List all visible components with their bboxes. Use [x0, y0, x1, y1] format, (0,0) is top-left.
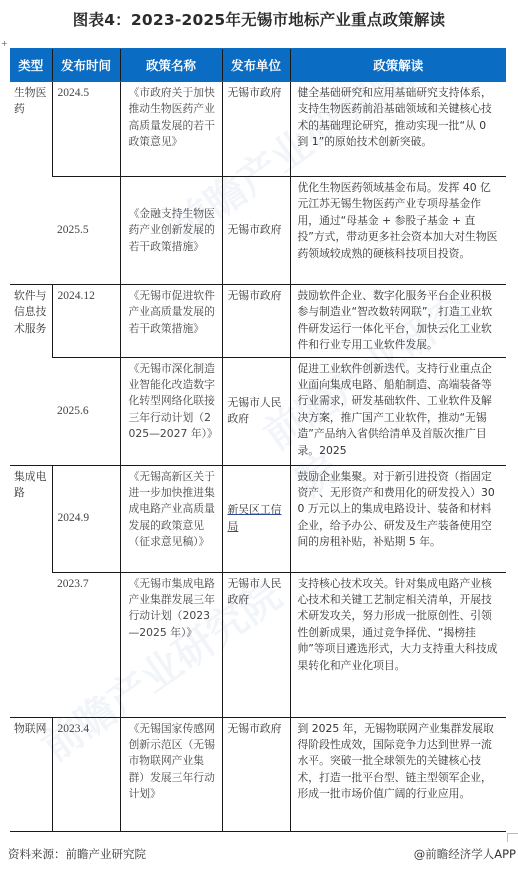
category-text: 集成电路	[14, 470, 46, 499]
publisher-cell: 无锡市政府	[222, 717, 290, 831]
table-header-row: 类型 发布时间 政策名称 发布单位 政策解读	[10, 49, 506, 82]
credit-note: @前瞻经济学人APP	[414, 846, 516, 862]
category-text: 软件与信息技术服务	[14, 289, 46, 335]
header-policy-name: 政策名称	[120, 49, 222, 82]
publisher-cell: 无锡市政府	[222, 177, 290, 285]
table-row: 2025.5 《金融支持生物医药产业创新发展的若干政策措施》 无锡市政府 优化生…	[10, 177, 506, 285]
category-cell: 物联网	[10, 717, 52, 831]
policy-name-cell: 《无锡市深化制造业智能化改造数字化转型网络化联接三年行动计划（2025—2027…	[120, 357, 222, 465]
date-cell: 2023.7	[52, 572, 120, 717]
category-cell: 软件与信息技术服务	[10, 285, 52, 466]
interpretation-cell: 到 2025 年，无锡物联网产业集群发展取得阶段性成效，国际竞争力达到世界一流水…	[290, 717, 506, 831]
header-publisher: 发布单位	[222, 49, 290, 82]
policy-name-cell: 《无锡高新区关于进一步加快推进集成电路产业高质量发展的政策意见（征求意见稿）》	[120, 465, 222, 572]
chart-title: 图表4：2023-2025年无锡市地标产业重点政策解读	[0, 8, 518, 30]
date-cell: 2024.9	[52, 465, 120, 572]
publisher-text: 新吴区工信局	[228, 503, 282, 532]
publisher-cell: 无锡市人民政府	[222, 357, 290, 465]
table-row: 2025.6 《无锡市深化制造业智能化改造数字化转型网络化联接三年行动计划（20…	[10, 357, 506, 465]
publisher-cell: 无锡市人民政府	[222, 572, 290, 717]
interpretation-cell: 鼓励软件企业、数字化服务平台企业积极参与制造业“智改数转网联”，打造工业软件研发…	[290, 285, 506, 358]
table-corner-mark	[507, 833, 518, 842]
category-cell: 生物医药	[10, 82, 52, 285]
interpretation-cell: 鼓励企业集聚。对于新引进投资（指固定资产、无形资产和费用化的研发投入）300 万…	[290, 465, 506, 572]
interpretation-cell: 促进工业软件创新迭代。支持行业重点企业面向集成电路、船舶制造、高端装备等行业需求…	[290, 357, 506, 465]
category-text: 生物医药	[14, 86, 46, 115]
table-row: 生物医药 2024.5 《市政府关于加快推动生物医药产业高质量发展的若干政策意见…	[10, 82, 506, 177]
header-date: 发布时间	[52, 49, 120, 82]
table-anchor-icon: +	[1, 39, 8, 48]
date-cell: 2025.5	[52, 177, 120, 285]
table-row: 2023.7 《无锡市集成电路产业集群发展三年行动计划（2023—2025 年）…	[10, 572, 506, 717]
publisher-cell: 无锡市政府	[222, 82, 290, 177]
policy-name-cell: 《无锡市集成电路产业集群发展三年行动计划（2023—2025 年）》	[120, 572, 222, 717]
header-interpretation: 政策解读	[290, 49, 506, 82]
policy-name-cell: 《无锡市促进软件产业高质量发展的若干政策措施》	[120, 285, 222, 358]
date-cell: 2025.6	[52, 357, 120, 465]
interpretation-cell: 健全基础研究和应用基础研究支持体系，支持生物医药前沿基础领域和关键核心技术的基础…	[290, 82, 506, 177]
date-cell: 2024.5	[52, 82, 120, 177]
interpretation-cell: 优化生物医药领域基金布局。发挥 40 亿元江苏无锡生物医药产业专项母基金作用，通…	[290, 177, 506, 285]
policy-name-cell: 《金融支持生物医药产业创新发展的若干政策措施》	[120, 177, 222, 285]
category-text: 物联网	[14, 722, 46, 735]
publisher-cell: 新吴区工信局	[222, 465, 290, 572]
publisher-cell: 无锡市政府	[222, 285, 290, 358]
policy-table: 类型 发布时间 政策名称 发布单位 政策解读 生物医药 2024.5 《市政府关…	[10, 48, 506, 832]
header-category: 类型	[10, 49, 52, 82]
table-row: 物联网 2023.4 《无锡国家传感网创新示范区（无锡市物联网产业集群）发展三年…	[10, 717, 506, 831]
date-cell: 2023.4	[52, 717, 120, 831]
source-note: 资料来源：前瞻产业研究院	[8, 846, 146, 862]
interpretation-cell: 支持核心技术攻关。针对集成电路产业核心技术和关键工艺制定相关清单，开展技术研发攻…	[290, 572, 506, 717]
date-cell: 2024.12	[52, 285, 120, 358]
policy-name-cell: 《市政府关于加快推动生物医药产业高质量发展的若干政策意见》	[120, 82, 222, 177]
table-row: 软件与信息技术服务 2024.12 《无锡市促进软件产业高质量发展的若干政策措施…	[10, 285, 506, 358]
policy-name-cell: 《无锡国家传感网创新示范区（无锡市物联网产业集群）发展三年行动计划》	[120, 717, 222, 831]
table-row: 集成电路 2024.9 《无锡高新区关于进一步加快推进集成电路产业高质量发展的政…	[10, 465, 506, 572]
category-cell: 集成电路	[10, 465, 52, 717]
